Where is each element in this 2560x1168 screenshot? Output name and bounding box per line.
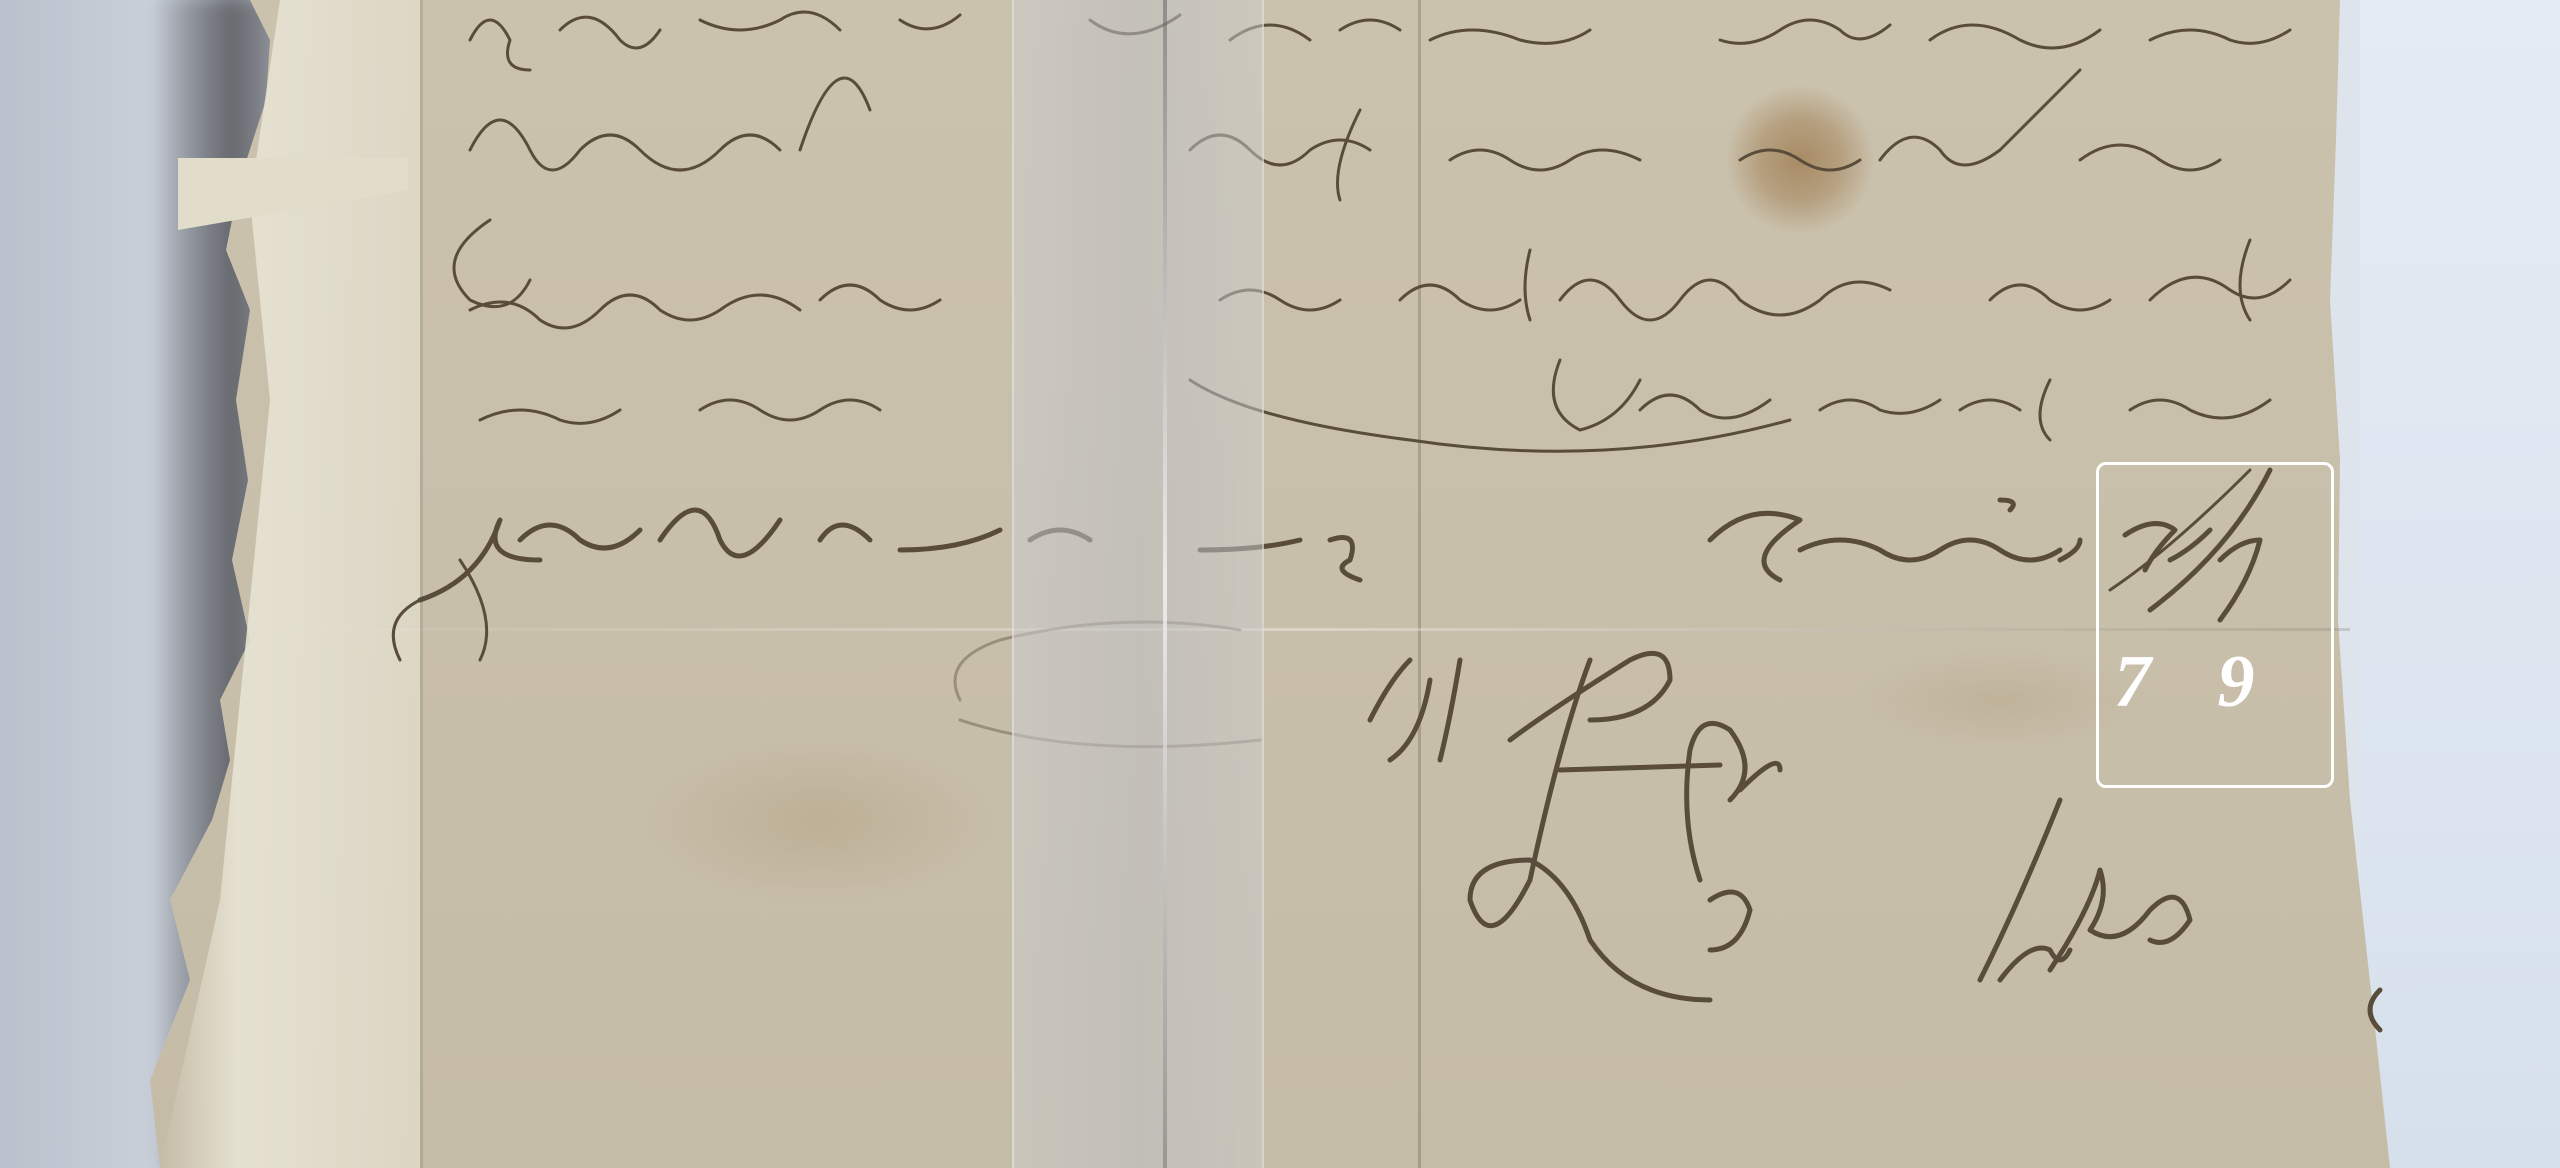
repair-tape-strip	[1012, 0, 1264, 1168]
annotation-label: 7 9	[2114, 640, 2314, 725]
tape-crease	[1163, 0, 1167, 1168]
annotation-box	[2096, 462, 2334, 788]
